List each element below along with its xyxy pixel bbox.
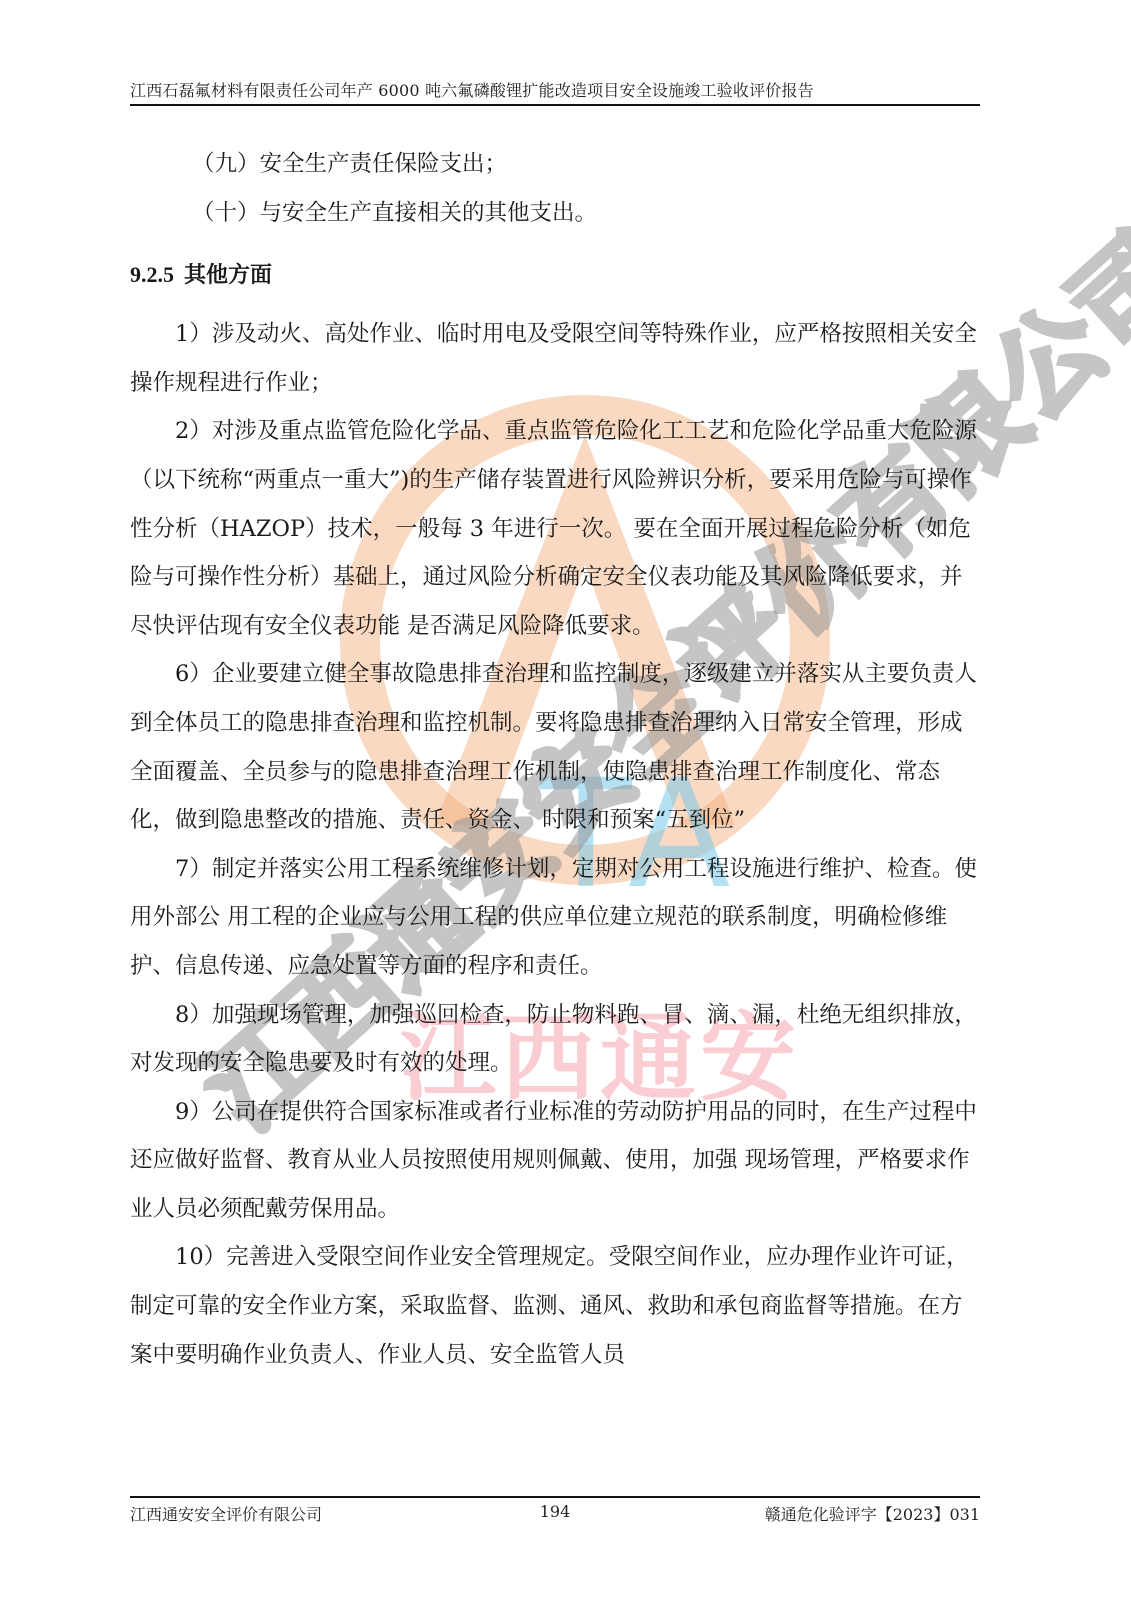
- paragraph: 2）对涉及重点监管危险化学品、重点监管危险化工工艺和危险化学品重大危险源（以下统…: [130, 407, 980, 650]
- paragraph: 8）加强现场管理，加强巡回检查，防止物料跑、冒、滴、漏，杜绝无组织排放，对发现的…: [130, 991, 980, 1088]
- paragraph: 10）完善进入受限空间作业安全管理规定。受限空间作业，应办理作业许可证，制定可靠…: [130, 1233, 980, 1379]
- paragraph: 9）公司在提供符合国家标准或者行业标准的劳动防护用品的同时，在生产过程中还应做好…: [130, 1088, 980, 1234]
- footer-report-code: 赣通危化验评字【2023】031: [765, 1502, 980, 1525]
- paragraph: 7）制定并落实公用工程系统维修计划，定期对公用工程设施进行维护、检查。使用外部公…: [130, 845, 980, 991]
- header-divider: [130, 104, 980, 106]
- page-header: 江西石磊氟材料有限责任公司年产 6000 吨六氟磷酸锂扩能改造项目安全设施竣工验…: [130, 78, 980, 101]
- document-body: （九）安全生产责任保险支出； （十）与安全生产直接相关的其他支出。 9.2.5其…: [130, 140, 980, 1379]
- section-heading: 9.2.5其他方面: [130, 249, 980, 302]
- page-footer: 江西通安安全评价有限公司 194 赣通危化验评字【2023】031: [130, 1502, 980, 1526]
- paragraph: 6）企业要建立健全事故隐患排查治理和监控制度，逐级建立并落实从主要负责人到全体员…: [130, 650, 980, 844]
- footer-divider: [130, 1496, 980, 1498]
- section-title: 其他方面: [184, 263, 272, 288]
- list-item: （九）安全生产责任保险支出；: [130, 140, 980, 189]
- paragraph: 1）涉及动火、高处作业、临时用电及受限空间等特殊作业，应严格按照相关安全操作规程…: [130, 310, 980, 407]
- section-number: 9.2.5: [130, 262, 174, 287]
- list-item: （十）与安全生产直接相关的其他支出。: [130, 189, 980, 238]
